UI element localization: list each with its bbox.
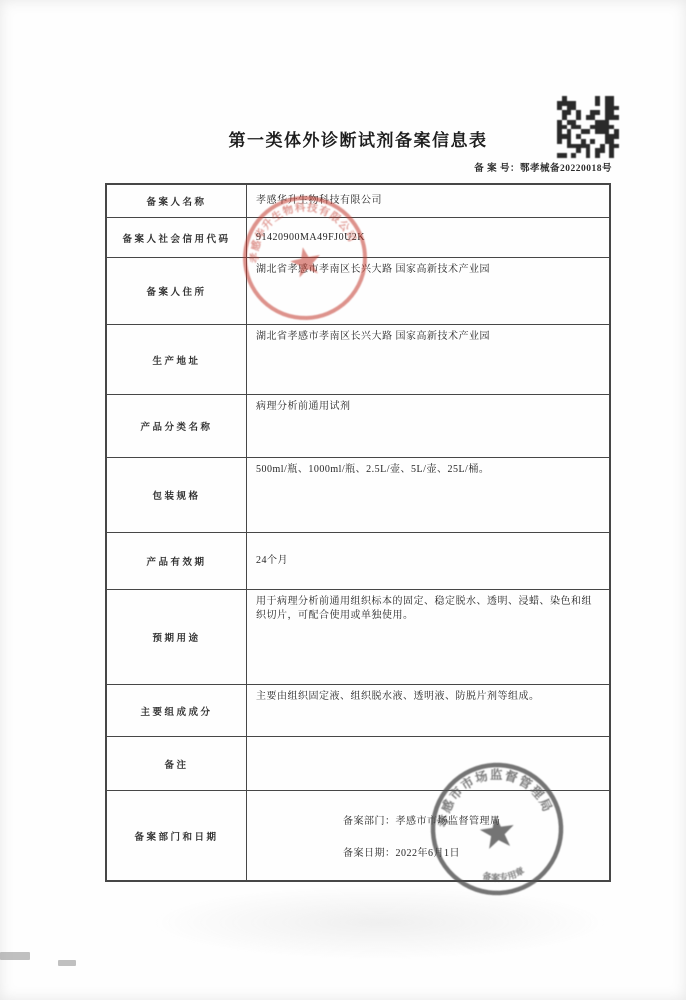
row-value: 500ml/瓶、1000ml/瓶、2.5L/壶、5L/壶、25L/桶。 bbox=[247, 458, 609, 532]
row-value: 91420900MA49FJ0U2K bbox=[247, 218, 609, 257]
filing-number: 备 案 号：鄂孝械备20220018号 bbox=[474, 160, 612, 174]
row-label: 备案人名称 bbox=[107, 185, 247, 217]
table-row: 备案人名称孝感华升生物科技有限公司 bbox=[107, 185, 609, 218]
row-value: 主要由组织固定液、组织脱水液、透明液、防脱片剂等组成。 bbox=[247, 685, 609, 736]
row-label: 备案人社会信用代码 bbox=[107, 218, 247, 257]
table-row: 备案部门和日期备案部门：孝感市市场监督管理局备案日期：2022年6月1日 bbox=[107, 791, 609, 880]
row-value: 湖北省孝感市孝南区长兴大路 国家高新技术产业园 bbox=[247, 325, 609, 394]
row-label: 备注 bbox=[107, 737, 247, 790]
filing-date-line: 备案日期：2022年6月1日 bbox=[343, 847, 600, 861]
row-value: 用于病理分析前通用组织标本的固定、稳定脱水、透明、浸蜡、染色和组织切片，可配合使… bbox=[247, 590, 609, 684]
table-row: 生产地址湖北省孝感市孝南区长兴大路 国家高新技术产业园 bbox=[107, 325, 609, 395]
row-value: 病理分析前通用试剂 bbox=[247, 395, 609, 457]
row-value: 湖北省孝感市孝南区长兴大路 国家高新技术产业园 bbox=[247, 258, 609, 324]
table-row: 备注 bbox=[107, 737, 609, 791]
scan-smudge bbox=[150, 885, 610, 960]
filing-table: 备案人名称孝感华升生物科技有限公司备案人社会信用代码91420900MA49FJ… bbox=[105, 183, 611, 882]
row-value bbox=[247, 737, 609, 790]
table-row: 备案人住所湖北省孝感市孝南区长兴大路 国家高新技术产业园 bbox=[107, 258, 609, 325]
row-label: 备案部门和日期 bbox=[107, 791, 247, 880]
row-label: 生产地址 bbox=[107, 325, 247, 394]
row-label: 产品分类名称 bbox=[107, 395, 247, 457]
row-label: 预期用途 bbox=[107, 590, 247, 684]
table-row: 产品分类名称病理分析前通用试剂 bbox=[107, 395, 609, 458]
table-row: 主要组成成分主要由组织固定液、组织脱水液、透明液、防脱片剂等组成。 bbox=[107, 685, 609, 737]
page-title: 第一类体外诊断试剂备案信息表 bbox=[105, 126, 611, 151]
filing-dept-line: 备案部门：孝感市市场监督管理局 bbox=[343, 815, 600, 829]
scan-mark bbox=[58, 960, 76, 966]
row-label: 主要组成成分 bbox=[107, 685, 247, 736]
row-value: 孝感华升生物科技有限公司 bbox=[247, 185, 609, 217]
row-value: 备案部门：孝感市市场监督管理局备案日期：2022年6月1日 bbox=[247, 791, 609, 880]
row-value: 24个月 bbox=[247, 533, 609, 589]
table-row: 包装规格500ml/瓶、1000ml/瓶、2.5L/壶、5L/壶、25L/桶。 bbox=[107, 458, 609, 533]
table-row: 预期用途用于病理分析前通用组织标本的固定、稳定脱水、透明、浸蜡、染色和组织切片，… bbox=[107, 590, 609, 685]
table-row: 备案人社会信用代码91420900MA49FJ0U2K bbox=[107, 218, 609, 258]
row-label: 备案人住所 bbox=[107, 258, 247, 324]
qr-code-icon bbox=[557, 96, 619, 158]
document-scan: 第一类体外诊断试剂备案信息表 备 案 号：鄂孝械备20220018号 备案人名称… bbox=[0, 0, 686, 1000]
scan-mark bbox=[0, 952, 30, 960]
scanned-document-page: 第一类体外诊断试剂备案信息表 备 案 号：鄂孝械备20220018号 备案人名称… bbox=[0, 0, 686, 1000]
row-label: 包装规格 bbox=[107, 458, 247, 532]
row-label: 产品有效期 bbox=[107, 533, 247, 589]
table-row: 产品有效期24个月 bbox=[107, 533, 609, 590]
